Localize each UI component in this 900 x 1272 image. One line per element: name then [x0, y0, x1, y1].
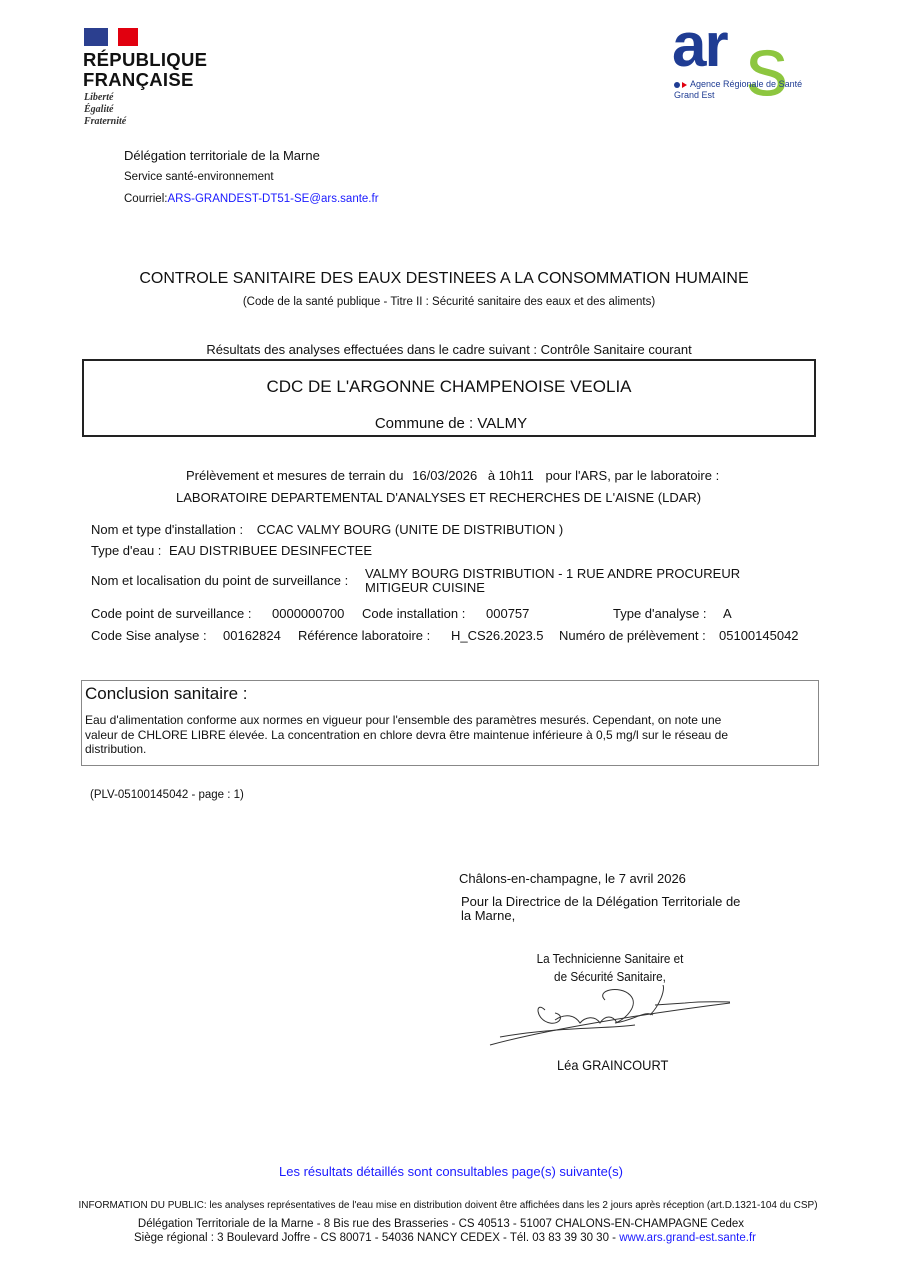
organization-box: CDC DE L'ARGONNE CHAMPENOISE VEOLIA Comm…: [82, 359, 816, 437]
ars-dot-icon: [674, 82, 680, 88]
analysis-type-label: Type d'analyse :: [613, 606, 707, 621]
sise-value: 00162824: [223, 628, 281, 643]
rf-logo-motto: Liberté Égalité Fraternité: [84, 92, 126, 128]
installation-label: Nom et type d'installation :: [91, 522, 243, 537]
sampling-prefix: Prélèvement et mesures de terrain du: [186, 468, 404, 483]
lab-ref-label: Référence laboratoire :: [298, 628, 430, 643]
ars-logo-s: s: [746, 18, 788, 115]
marianne-flag-icon: [84, 28, 138, 46]
code-installation-value: 000757: [486, 606, 529, 621]
courriel-line: Courriel:ARS-GRANDEST-DT51-SE@ars.sante.…: [124, 193, 379, 205]
signatory-role: La Technicienne Sanitaire et de Sécurité…: [529, 950, 691, 986]
water-type-label: Type d'eau :: [91, 543, 161, 558]
handwritten-signature: [485, 985, 735, 1050]
page-reference: (PLV-05100145042 - page : 1): [90, 789, 244, 801]
sise-label: Code Sise analyse :: [91, 628, 207, 643]
ars-agency-name: Agence Régionale de Santé: [674, 79, 802, 89]
rf-logo-title: RÉPUBLIQUE FRANÇAISE: [83, 50, 207, 90]
website-link[interactable]: www.ars.grand-est.sante.fr: [619, 1232, 756, 1244]
surveillance-point-value: VALMY BOURG DISTRIBUTION - 1 RUE ANDRE P…: [365, 567, 740, 594]
ars-logo-letters: ar: [672, 10, 727, 81]
code-installation-label: Code installation :: [362, 606, 465, 621]
detailed-results-link[interactable]: Les résultats détaillés sont consultable…: [0, 1164, 900, 1179]
document-subtitle: (Code de la santé publique - Titre II : …: [0, 296, 898, 308]
commune-name: Commune de : VALMY: [84, 415, 818, 432]
sampling-date: 16/03/2026: [412, 468, 477, 483]
analysis-context: Résultats des analyses effectuées dans l…: [0, 342, 898, 357]
conclusion-heading: Conclusion sanitaire :: [85, 684, 248, 704]
sampling-line: Prélèvement et mesures de terrain du 16/…: [186, 468, 719, 483]
footer-address-1: Délégation Territoriale de la Marne - 8 …: [0, 1218, 882, 1230]
ars-arrow-icon: [682, 82, 687, 88]
sampling-suffix: pour l'ARS, par le laboratoire :: [545, 468, 719, 483]
service-name: Service santé-environnement: [124, 171, 274, 183]
document-title: CONTROLE SANITAIRE DES EAUX DESTINEES A …: [0, 270, 888, 288]
conclusion-text: Eau d'alimentation conforme aux normes e…: [85, 713, 728, 757]
organization-name: CDC DE L'ARGONNE CHAMPENOISE VEOLIA: [84, 377, 814, 397]
installation-value: CCAC VALMY BOURG (UNITE DE DISTRIBUTION …: [257, 522, 564, 537]
sample-number-value: 05100145042: [719, 628, 799, 643]
place-date: Châlons-en-champagne, le 7 avril 2026: [459, 871, 686, 886]
courriel-label: Courriel:: [124, 193, 167, 205]
delegation-name: Délégation territoriale de la Marne: [124, 148, 320, 163]
ars-logo: ar s Agence Régionale de Santé Grand Est: [668, 30, 818, 112]
water-type-row: Type d'eau : EAU DISTRIBUEE DESINFECTEE: [91, 543, 372, 558]
conclusion-box: Conclusion sanitaire : Eau d'alimentatio…: [81, 680, 819, 766]
public-information: INFORMATION DU PUBLIC: les analyses repr…: [0, 1200, 896, 1211]
sampling-time: à 10h11: [488, 468, 534, 483]
analysis-type-value: A: [723, 606, 732, 621]
installation-row: Nom et type d'installation : CCAC VALMY …: [91, 522, 563, 537]
signatory-name: Léa GRAINCOURT: [557, 1057, 668, 1073]
surveillance-point-label: Nom et localisation du point de surveill…: [91, 573, 348, 588]
footer-address-2: Siège régional : 3 Boulevard Joffre - CS…: [0, 1232, 890, 1244]
ars-region: Grand Est: [674, 90, 715, 100]
sample-number-label: Numéro de prélèvement :: [559, 628, 706, 643]
code-point-label: Code point de surveillance :: [91, 606, 251, 621]
laboratory-name: LABORATOIRE DEPARTEMENTAL D'ANALYSES ET …: [176, 490, 701, 505]
code-point-value: 0000000700: [272, 606, 344, 621]
water-type-value: EAU DISTRIBUEE DESINFECTEE: [169, 543, 372, 558]
republique-francaise-logo: RÉPUBLIQUE FRANÇAISE Liberté Égalité Fra…: [80, 26, 220, 131]
courriel-email-link[interactable]: ARS-GRANDEST-DT51-SE@ars.sante.fr: [167, 193, 378, 205]
lab-ref-value: H_CS26.2023.5: [451, 628, 544, 643]
signatory-for: Pour la Directrice de la Délégation Terr…: [461, 895, 751, 923]
